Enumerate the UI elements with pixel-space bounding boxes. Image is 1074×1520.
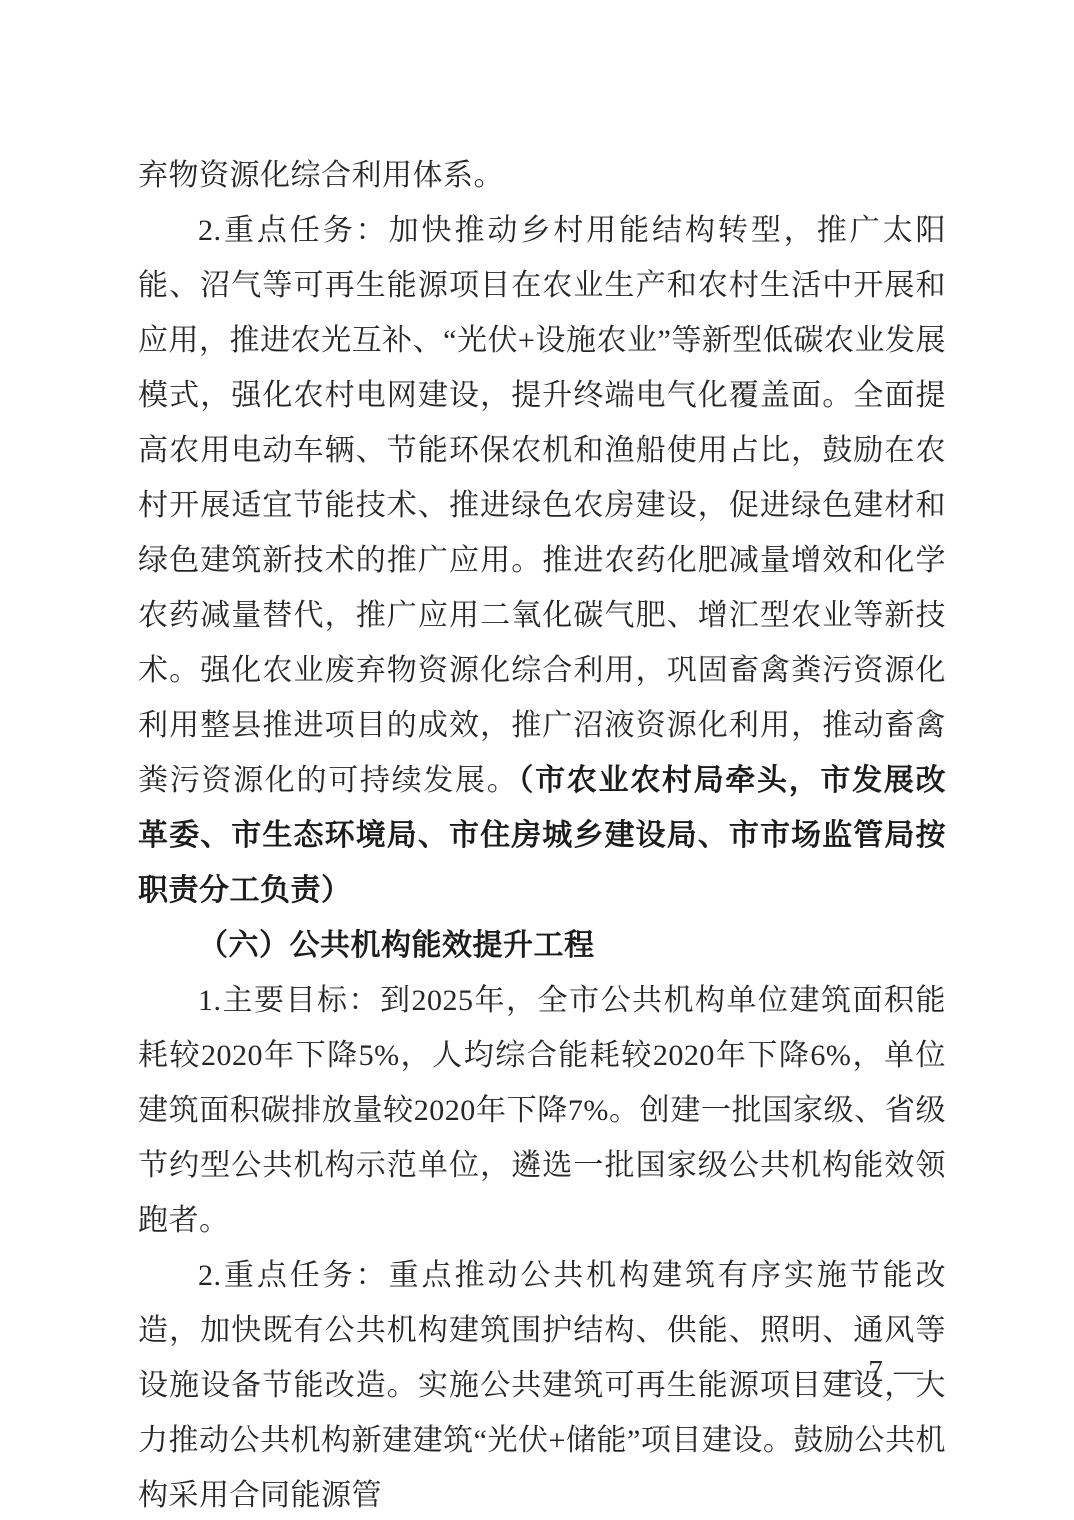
text-run: 1.主要目标：到2025年，全市公共机构单位建筑面积能耗较2020年下降5%，人…	[138, 984, 946, 1237]
text-run: 2.重点任务：加快推动乡村用能结构转型，推广太阳能、沼气等可再生能源项目在农业生…	[138, 214, 946, 797]
section-heading-six: （六）公共机构能效提升工程	[138, 918, 946, 973]
paragraph-continuation-top: 弃物资源化综合利用体系。	[138, 148, 946, 203]
document-body: 弃物资源化综合利用体系。2.重点任务：加快推动乡村用能结构转型，推广太阳能、沼气…	[138, 148, 946, 1520]
text-run: 2.重点任务：重点推动公共机构建筑有序实施节能改造，加快既有公共机构建筑围护结构…	[138, 1259, 946, 1512]
paragraph-rural-key-tasks: 2.重点任务：加快推动乡村用能结构转型，推广太阳能、沼气等可再生能源项目在农业生…	[138, 203, 946, 918]
page-number: — 7 —	[828, 1355, 925, 1387]
paragraph-public-institutions-goals: 1.主要目标：到2025年，全市公共机构单位建筑面积能耗较2020年下降5%，人…	[138, 973, 946, 1248]
paragraph-public-institutions-key-tasks: 2.重点任务：重点推动公共机构建筑有序实施节能改造，加快既有公共机构建筑围护结构…	[138, 1248, 946, 1520]
bold-text-run: （六）公共机构能效提升工程	[198, 929, 595, 962]
document-page: 弃物资源化综合利用体系。2.重点任务：加快推动乡村用能结构转型，推广太阳能、沼气…	[0, 0, 1074, 1520]
text-run: 弃物资源化综合利用体系。	[138, 159, 504, 192]
page-footer: — 7 —	[828, 1350, 925, 1392]
